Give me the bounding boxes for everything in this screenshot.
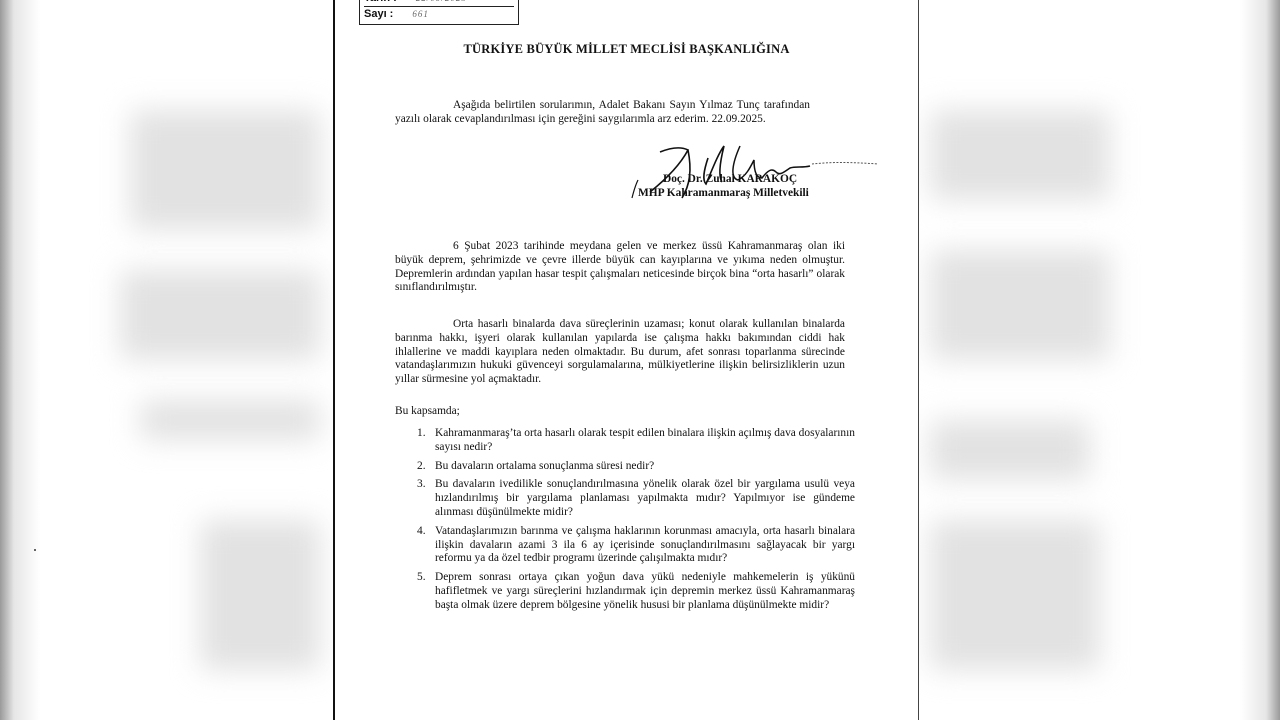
question-list: 1.Kahramanmaraş’ta orta hasarlı olarak t… <box>385 427 855 618</box>
blurred-text-block <box>930 250 1110 360</box>
stamp-number-label: Sayı : <box>364 8 393 20</box>
registry-stamp: Tarih : 22/09/2025 Sayı : 661 <box>359 0 519 25</box>
stamp-date-label: Tarih : <box>364 0 397 4</box>
question-number: 4. <box>417 525 426 539</box>
stamp-number-value: 661 <box>412 9 429 19</box>
addressee-heading: TÜRKİYE BÜYÜK MİLLET MECLİSİ BAŞKANLIĞIN… <box>335 42 918 57</box>
speck <box>34 549 36 551</box>
question-text: Deprem sonrası ortaya çıkan yoğun dava y… <box>435 571 855 611</box>
question-text: Vatandaşlarımızın barınma ve çalışma hak… <box>435 525 855 565</box>
body-paragraph: 6 Şubat 2023 tarihinde meydana gelen ve … <box>395 240 845 295</box>
stamp-number-row: Sayı : 661 <box>364 6 514 20</box>
question-number: 1. <box>417 427 426 441</box>
paragraph-text: Orta hasarlı binalarda dava süreçlerinin… <box>395 318 845 385</box>
paragraph-text: 6 Şubat 2023 tarihinde meydana gelen ve … <box>395 240 845 293</box>
question-item: 4.Vatandaşlarımızın barınma ve çalışma h… <box>385 525 855 566</box>
question-item: 5.Deprem sonrası ortaya çıkan yoğun dava… <box>385 571 855 612</box>
question-number: 5. <box>417 571 426 585</box>
signatory-role: MHP Kahramanmaraş Milletvekili <box>638 187 809 199</box>
question-item: 3.Bu davaların ivedilikle sonuçlandırılm… <box>385 478 855 519</box>
blurred-text-block <box>930 110 1110 200</box>
blurred-text-block <box>140 400 320 440</box>
blurred-text-block <box>930 420 1090 480</box>
question-number: 3. <box>417 478 426 492</box>
question-text: Bu davaların ortalama sonuçlanma süresi … <box>435 460 654 472</box>
question-item: 1.Kahramanmaraş’ta orta hasarlı olarak t… <box>385 427 855 455</box>
blurred-text-block <box>120 270 320 360</box>
question-number: 2. <box>417 460 426 474</box>
blurred-text-block <box>930 520 1100 670</box>
intro-text: Aşağıda belirtilen sorularımın, Adalet B… <box>395 99 810 125</box>
blurred-text-block <box>200 520 320 670</box>
question-item: 2.Bu davaların ortalama sonuçlanma süres… <box>385 460 855 474</box>
stamp-date-row: Tarih : 22/09/2025 <box>364 0 467 4</box>
question-text: Kahramanmaraş’ta orta hasarlı olarak tes… <box>435 427 855 453</box>
stamp-date-value: 22/09/2025 <box>416 0 467 3</box>
intro-paragraph: Aşağıda belirtilen sorularımın, Adalet B… <box>395 99 810 127</box>
blurred-text-block <box>130 110 320 230</box>
signatory-name: Doç. Dr. Zuhal KARAKOÇ <box>663 173 797 185</box>
scope-label: Bu kapsamda; <box>395 405 460 417</box>
document-page: Tarih : 22/09/2025 Sayı : 661 TÜRKİYE BÜ… <box>333 0 919 720</box>
body-paragraph: Orta hasarlı binalarda dava süreçlerinin… <box>395 318 845 387</box>
question-text: Bu davaların ivedilikle sonuçlandırılmas… <box>435 478 855 518</box>
